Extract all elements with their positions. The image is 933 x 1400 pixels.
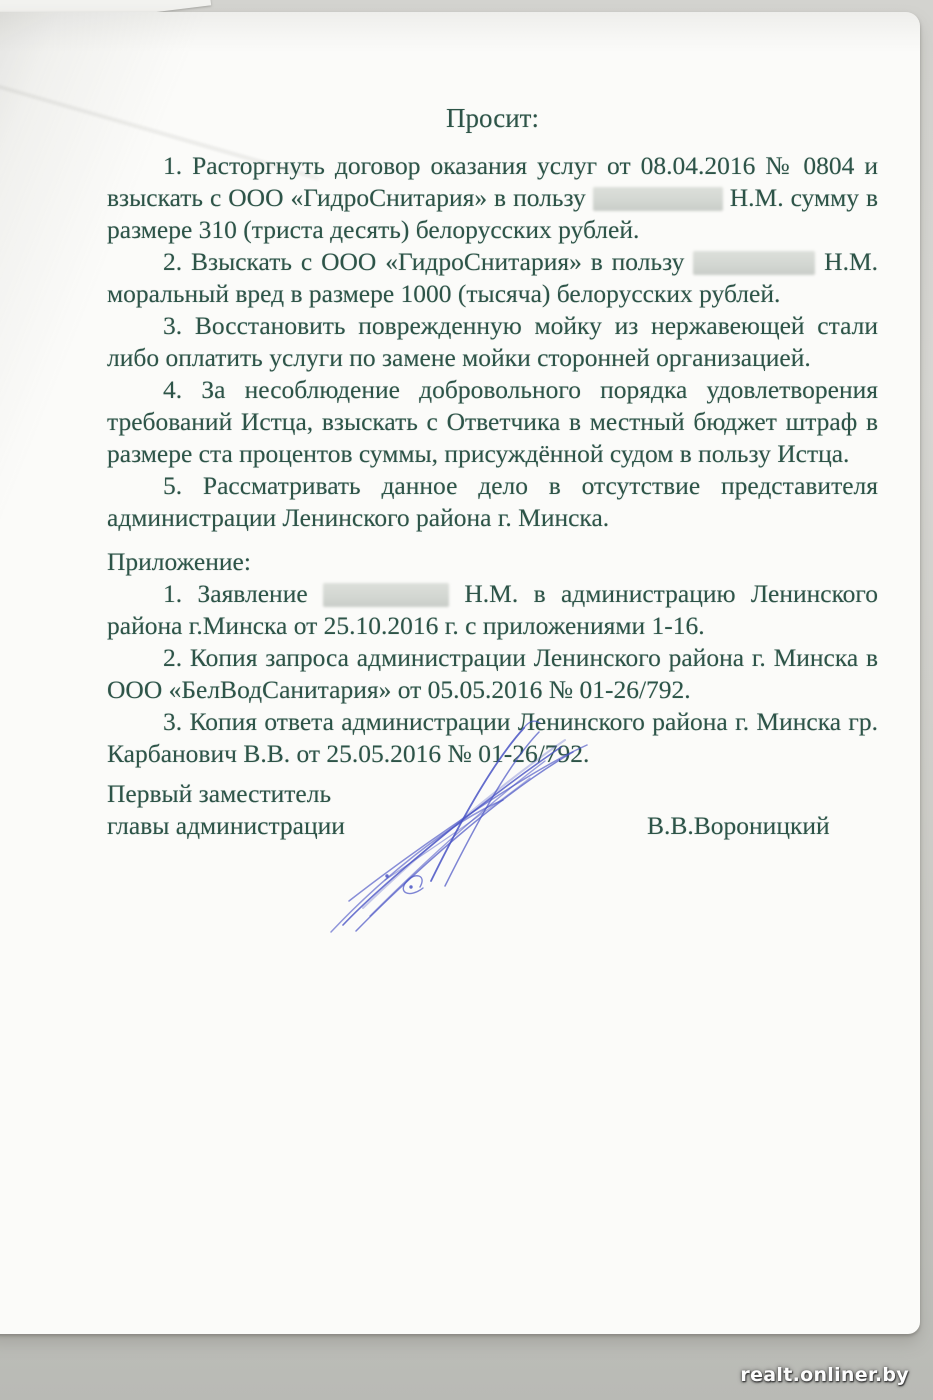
watermark: realt.onliner.by	[740, 1364, 909, 1386]
redacted-name-blur	[593, 187, 723, 211]
redacted-name-blur	[323, 583, 449, 607]
signer-name: В.В.Вороницкий	[647, 810, 830, 842]
attachments-list: 1. Заявление Н.М. в администрацию Ленинс…	[107, 578, 878, 770]
petition-item-4: 4. За несоблюдение добровольного порядка…	[107, 374, 878, 470]
attachment-item-2: 2. Копия запроса администрации Ленинског…	[107, 642, 878, 706]
attachment-item-1-text: 1. Заявление	[163, 579, 308, 608]
signature-block: Первый заместитель главы администрации В…	[107, 778, 878, 842]
petition-item-2: 2. Взыскать с ООО «ГидроСнитария» в поль…	[107, 246, 878, 310]
attachments-heading: Приложение:	[107, 546, 878, 578]
petition-item-2-text: 2. Взыскать с ООО «ГидроСнитария» в поль…	[163, 247, 684, 276]
redacted-name-blur	[693, 251, 815, 275]
document-text-area: Просит: 1. Расторгнуть договор оказания …	[107, 12, 878, 842]
petition-item-3: 3. Восстановить поврежденную мойку из не…	[107, 310, 878, 374]
document-page: Просит: 1. Расторгнуть договор оказания …	[0, 12, 920, 1334]
document-photo: Просит: 1. Расторгнуть договор оказания …	[0, 0, 933, 1400]
document-heading: Просит:	[107, 101, 878, 135]
petition-item-1: 1. Расторгнуть договор оказания услуг от…	[107, 150, 878, 246]
petition-list: 1. Расторгнуть договор оказания услуг от…	[107, 150, 878, 534]
attachment-item-1: 1. Заявление Н.М. в администрацию Ленинс…	[107, 578, 878, 642]
petition-item-5: 5. Рассматривать данное дело в отсутстви…	[107, 470, 878, 534]
attachment-item-3: 3. Копия ответа администрации Ленинского…	[107, 706, 878, 770]
signer-title-line-1: Первый заместитель	[107, 778, 878, 810]
